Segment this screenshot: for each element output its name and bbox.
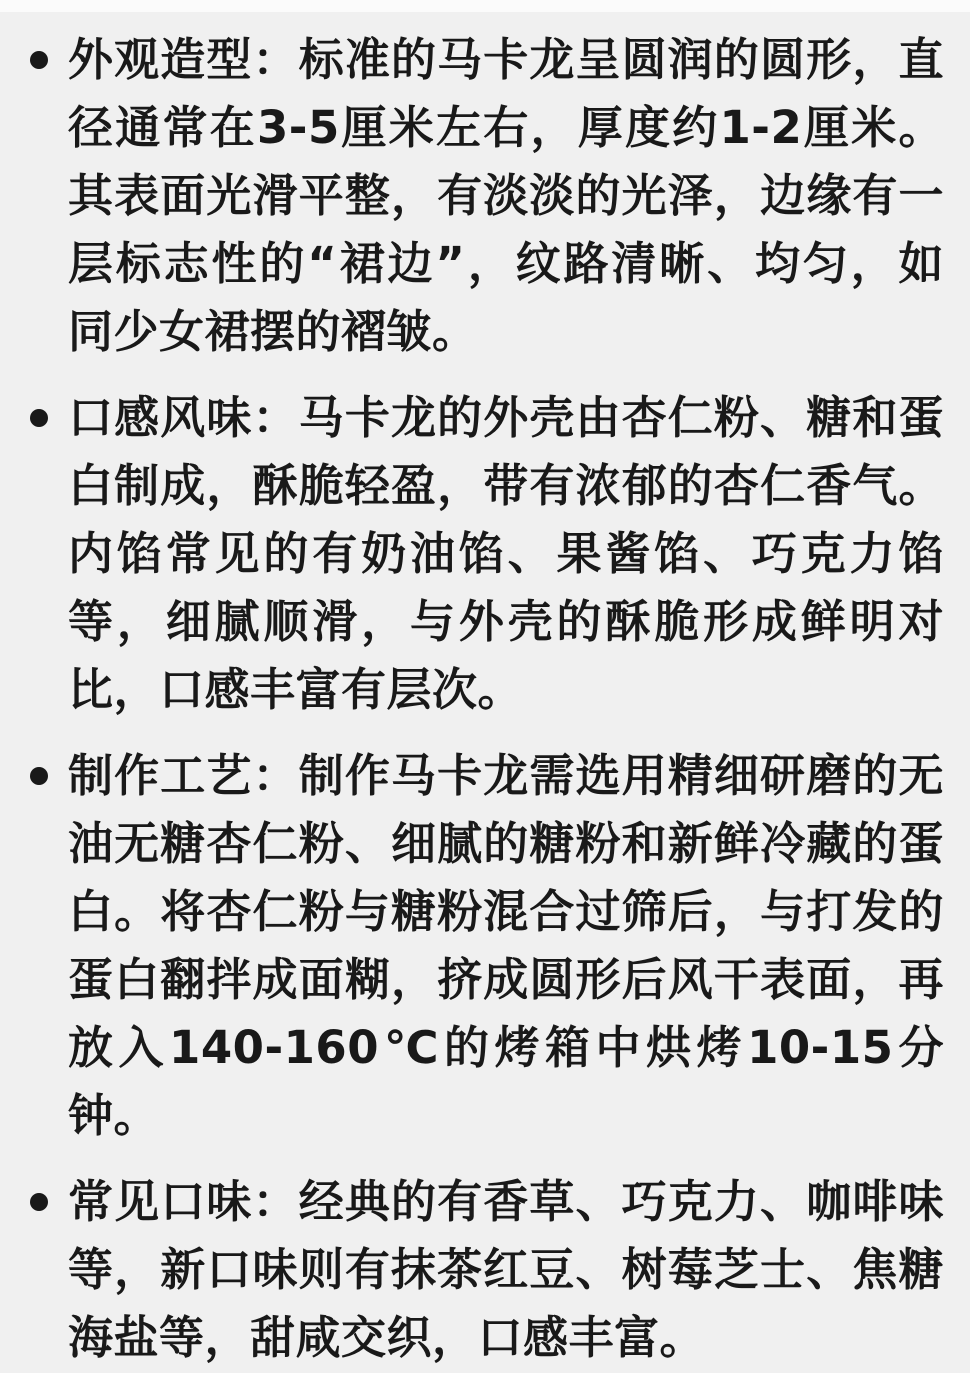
bullet-dot-icon xyxy=(30,767,48,785)
top-strip xyxy=(0,0,970,12)
bullet-item: 口感风味：马卡龙的外壳由杏仁粉、糖和蛋白制成，酥脆轻盈，带有浓郁的杏仁香气。内馅… xyxy=(24,384,944,724)
bullet-dot-icon xyxy=(30,1193,48,1211)
bullet-column xyxy=(24,1168,68,1211)
bullet-paragraph: 常见口味：经典的有香草、巧克力、咖啡味等，新口味则有抹茶红豆、树莓芝士、焦糖海盐… xyxy=(68,1168,944,1372)
bullet-paragraph: 外观造型：标准的马卡龙呈圆润的圆形，直径通常在3-5厘米左右，厚度约1-2厘米。… xyxy=(68,26,944,366)
bullet-dot-icon xyxy=(30,51,48,69)
bullet-heading: 常见口味： xyxy=(68,1175,299,1228)
document-body: 外观造型：标准的马卡龙呈圆润的圆形，直径通常在3-5厘米左右，厚度约1-2厘米。… xyxy=(0,12,970,1372)
bullet-item: 外观造型：标准的马卡龙呈圆润的圆形，直径通常在3-5厘米左右，厚度约1-2厘米。… xyxy=(24,26,944,366)
bullet-heading: 外观造型： xyxy=(68,33,299,86)
bullet-column xyxy=(24,26,68,69)
bullet-paragraph: 制作工艺：制作马卡龙需选用精细研磨的无油无糖杏仁粉、细腻的糖粉和新鲜冷藏的蛋白。… xyxy=(68,742,944,1150)
bullet-item: 制作工艺：制作马卡龙需选用精细研磨的无油无糖杏仁粉、细腻的糖粉和新鲜冷藏的蛋白。… xyxy=(24,742,944,1150)
bullet-item: 常见口味：经典的有香草、巧克力、咖啡味等，新口味则有抹茶红豆、树莓芝士、焦糖海盐… xyxy=(24,1168,944,1372)
bullet-column xyxy=(24,384,68,427)
bullet-column xyxy=(24,742,68,785)
bullet-body: 制作马卡龙需选用精细研磨的无油无糖杏仁粉、细腻的糖粉和新鲜冷藏的蛋白。将杏仁粉与… xyxy=(68,749,944,1142)
bullet-paragraph: 口感风味：马卡龙的外壳由杏仁粉、糖和蛋白制成，酥脆轻盈，带有浓郁的杏仁香气。内馅… xyxy=(68,384,944,724)
bullet-dot-icon xyxy=(30,409,48,427)
bullet-heading: 口感风味： xyxy=(68,391,299,444)
bullet-heading: 制作工艺： xyxy=(68,749,299,802)
